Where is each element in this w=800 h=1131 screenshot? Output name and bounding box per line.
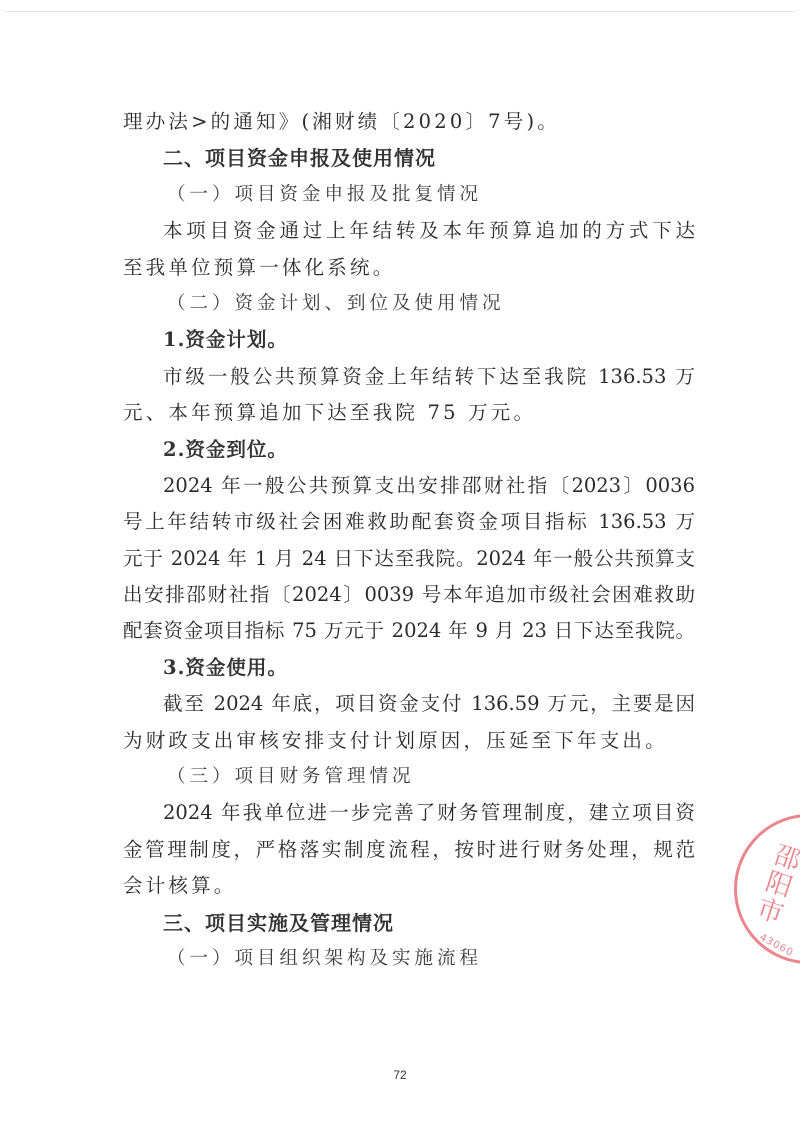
item-heading-fund-plan: 1.资金计划。: [123, 322, 695, 358]
page-number: 72: [0, 1068, 800, 1082]
paragraph-line: 2024 年一般公共预算支出安排邵财社指〔2023〕0036: [123, 468, 695, 504]
section-heading-2: 二、项目资金申报及使用情况: [123, 140, 695, 176]
paragraph-line: 截至 2024 年底，项目资金支付 136.59 万元，主要是因: [123, 686, 695, 722]
subsection-heading-2-1: （一）项目资金申报及批复情况: [123, 177, 695, 213]
paragraph-line: 本项目资金通过上年结转及本年预算追加的方式下达: [123, 213, 695, 249]
paragraph-line: 至我单位预算一体化系统。: [123, 250, 695, 286]
paragraph-line: 号上年结转市级社会困难救助配套资金项目指标 136.53 万: [123, 504, 695, 540]
paragraph-line: 元、本年预算追加下达至我院 75 万元。: [123, 395, 695, 431]
section-heading-3: 三、项目实施及管理情况: [123, 905, 695, 941]
subsection-heading-2-2: （二）资金计划、到位及使用情况: [123, 286, 695, 322]
paragraph-line: 出安排邵财社指〔2024〕0039 号本年追加市级社会困难救助: [123, 577, 695, 613]
paragraph-line: 元于 2024 年 1 月 24 日下达至我院。2024 年一般公共预算支: [123, 541, 695, 577]
text-line-continuation: 理办法>的通知》(湘财绩〔2020〕7号)。: [123, 104, 695, 140]
paragraph-line: 配套资金项目指标 75 万元于 2024 年 9 月 23 日下达至我院。: [123, 613, 695, 649]
subsection-heading-3-1: （一）项目组织架构及实施流程: [123, 941, 695, 977]
paragraph-line: 2024 年我单位进一步完善了财务管理制度，建立项目资: [123, 795, 695, 831]
subsection-heading-2-3: （三）项目财务管理情况: [123, 759, 695, 795]
paragraph-line: 为财政支出审核安排支付计划原因，压延至下年支出。: [123, 723, 695, 759]
document-body: 理办法>的通知》(湘财绩〔2020〕7号)。 二、项目资金申报及使用情况 （一）…: [123, 104, 695, 977]
item-heading-fund-usage: 3.资金使用。: [123, 650, 695, 686]
item-heading-fund-arrival: 2.资金到位。: [123, 432, 695, 468]
paragraph-line: 市级一般公共预算资金上年结转下达至我院 136.53 万: [123, 359, 695, 395]
paragraph-line: 金管理制度，严格落实制度流程，按时进行财务处理，规范: [123, 832, 695, 868]
paragraph-line: 会计核算。: [123, 868, 695, 904]
scan-top-edge-line: [5, 11, 795, 12]
